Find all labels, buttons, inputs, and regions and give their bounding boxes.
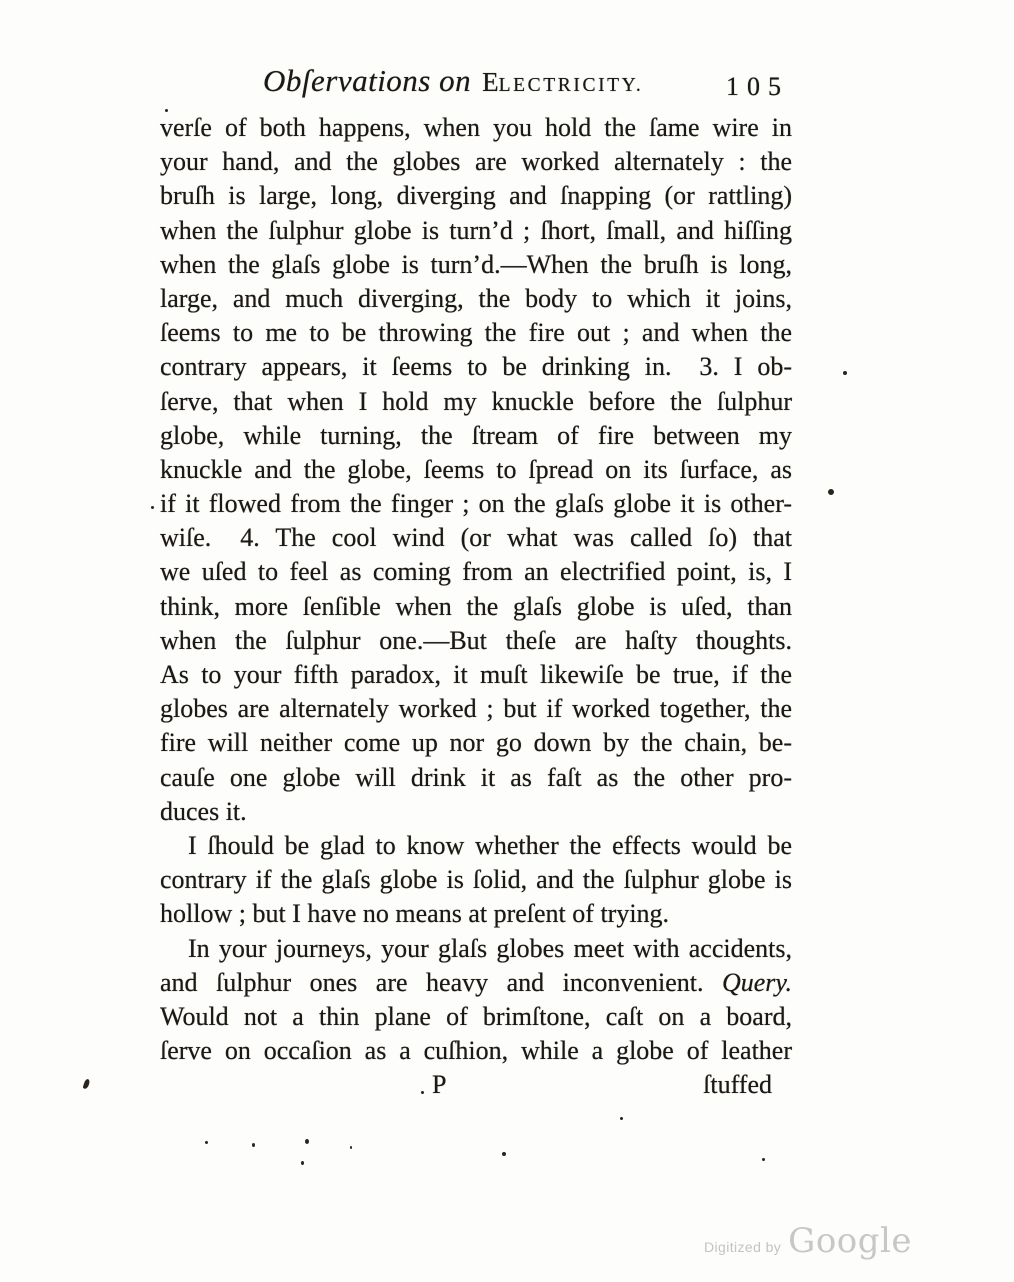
watermark-text: Digitized by — [704, 1239, 781, 1255]
text-line: when the ſulphur one.—But theſe are haſt… — [160, 624, 792, 658]
text-line: contrary appears, it ſeems to be drinkin… — [160, 350, 792, 384]
text-line: globes are alternately worked ; but if w… — [160, 692, 792, 726]
text-line: think, more ſenſible when the glaſs glob… — [160, 590, 792, 624]
ink-speck — [151, 506, 154, 509]
ink-speck — [165, 109, 168, 112]
text-line: As to your fifth paradox, it muſt likewi… — [160, 658, 792, 692]
text-line: when the glaſs globe is turn’d.—When the… — [160, 248, 792, 282]
ink-speck — [843, 371, 847, 375]
text-line: we uſed to feel as coming from an electr… — [160, 555, 792, 589]
text-line: your hand, and the globes are worked alt… — [160, 145, 792, 179]
text-line: ſeems to me to be throwing the fire out … — [160, 316, 792, 350]
ink-speck — [828, 489, 834, 495]
text-line: hollow ; but I have no means at preſent … — [160, 897, 792, 931]
running-title-caps-rest: LECTRICITY. — [499, 75, 644, 96]
text-line: and ſulphur ones are heavy and inconveni… — [160, 966, 792, 1000]
text-line: duces it. — [160, 795, 792, 829]
ink-speck — [305, 1139, 309, 1144]
ink-speck — [620, 1117, 623, 1120]
text-line: wiſe. 4. The cool wind (or what was call… — [160, 521, 792, 555]
text-line: large, and much diverging, the body to w… — [160, 282, 792, 316]
ink-speck — [83, 1078, 91, 1089]
ink-speck — [350, 1146, 352, 1149]
catchword: ſtuffed — [703, 1068, 772, 1102]
google-logo: Google — [788, 1221, 912, 1261]
text-block: verſe of both happens, when you hold the… — [160, 111, 792, 1102]
running-title: Obſervations onELECTRICITY. — [263, 63, 643, 99]
running-title-caps-initial: E — [482, 67, 499, 97]
ink-speck — [762, 1158, 765, 1161]
ink-speck — [421, 1091, 424, 1094]
text-line: bruſh is large, long, diverging and ſnap… — [160, 179, 792, 213]
text-line: knuckle and the globe, ſeems to ſpread o… — [160, 453, 792, 487]
page-number: 105 — [726, 72, 789, 102]
signature-mark: P — [432, 1068, 446, 1102]
book-page: Obſervations onELECTRICITY. 105 verſe of… — [0, 0, 1014, 1282]
running-title-caps: ELECTRICITY. — [482, 78, 643, 95]
running-title-italic: Obſervations on — [263, 63, 471, 98]
text-line: In your journeys, your glaſs globes meet… — [160, 932, 792, 966]
ink-speck — [301, 1161, 304, 1165]
text-line-main: and ſulphur ones are heavy and inconveni… — [160, 968, 703, 997]
text-line: fire will neither come up nor go down by… — [160, 726, 792, 760]
ink-speck — [205, 1141, 208, 1144]
text-line: globe, while turning, the ſtream of fire… — [160, 419, 792, 453]
text-line: ſerve, that when I hold my knuckle befor… — [160, 385, 792, 419]
text-line: verſe of both happens, when you hold the… — [160, 111, 792, 145]
text-line: I ſhould be glad to know whether the eff… — [160, 829, 792, 863]
google-watermark: Digitized by Google — [704, 1221, 912, 1261]
text-line: Would not a thin plane of brimſtone, caſ… — [160, 1000, 792, 1034]
ink-speck — [252, 1143, 255, 1147]
query-word-italic: Query. — [722, 968, 792, 997]
text-line: if it flowed from the finger ; on the gl… — [160, 487, 792, 521]
text-line: when the ſulphur globe is turn’d ; ſhort… — [160, 214, 792, 248]
ink-speck — [502, 1152, 506, 1156]
signature-line: P ſtuffed — [160, 1068, 792, 1102]
text-line: contrary if the glaſs globe is ſolid, an… — [160, 863, 792, 897]
text-line: cauſe one globe will drink it as faſt as… — [160, 761, 792, 795]
text-line: ſerve on occaſion as a cuſhion, while a … — [160, 1034, 792, 1068]
